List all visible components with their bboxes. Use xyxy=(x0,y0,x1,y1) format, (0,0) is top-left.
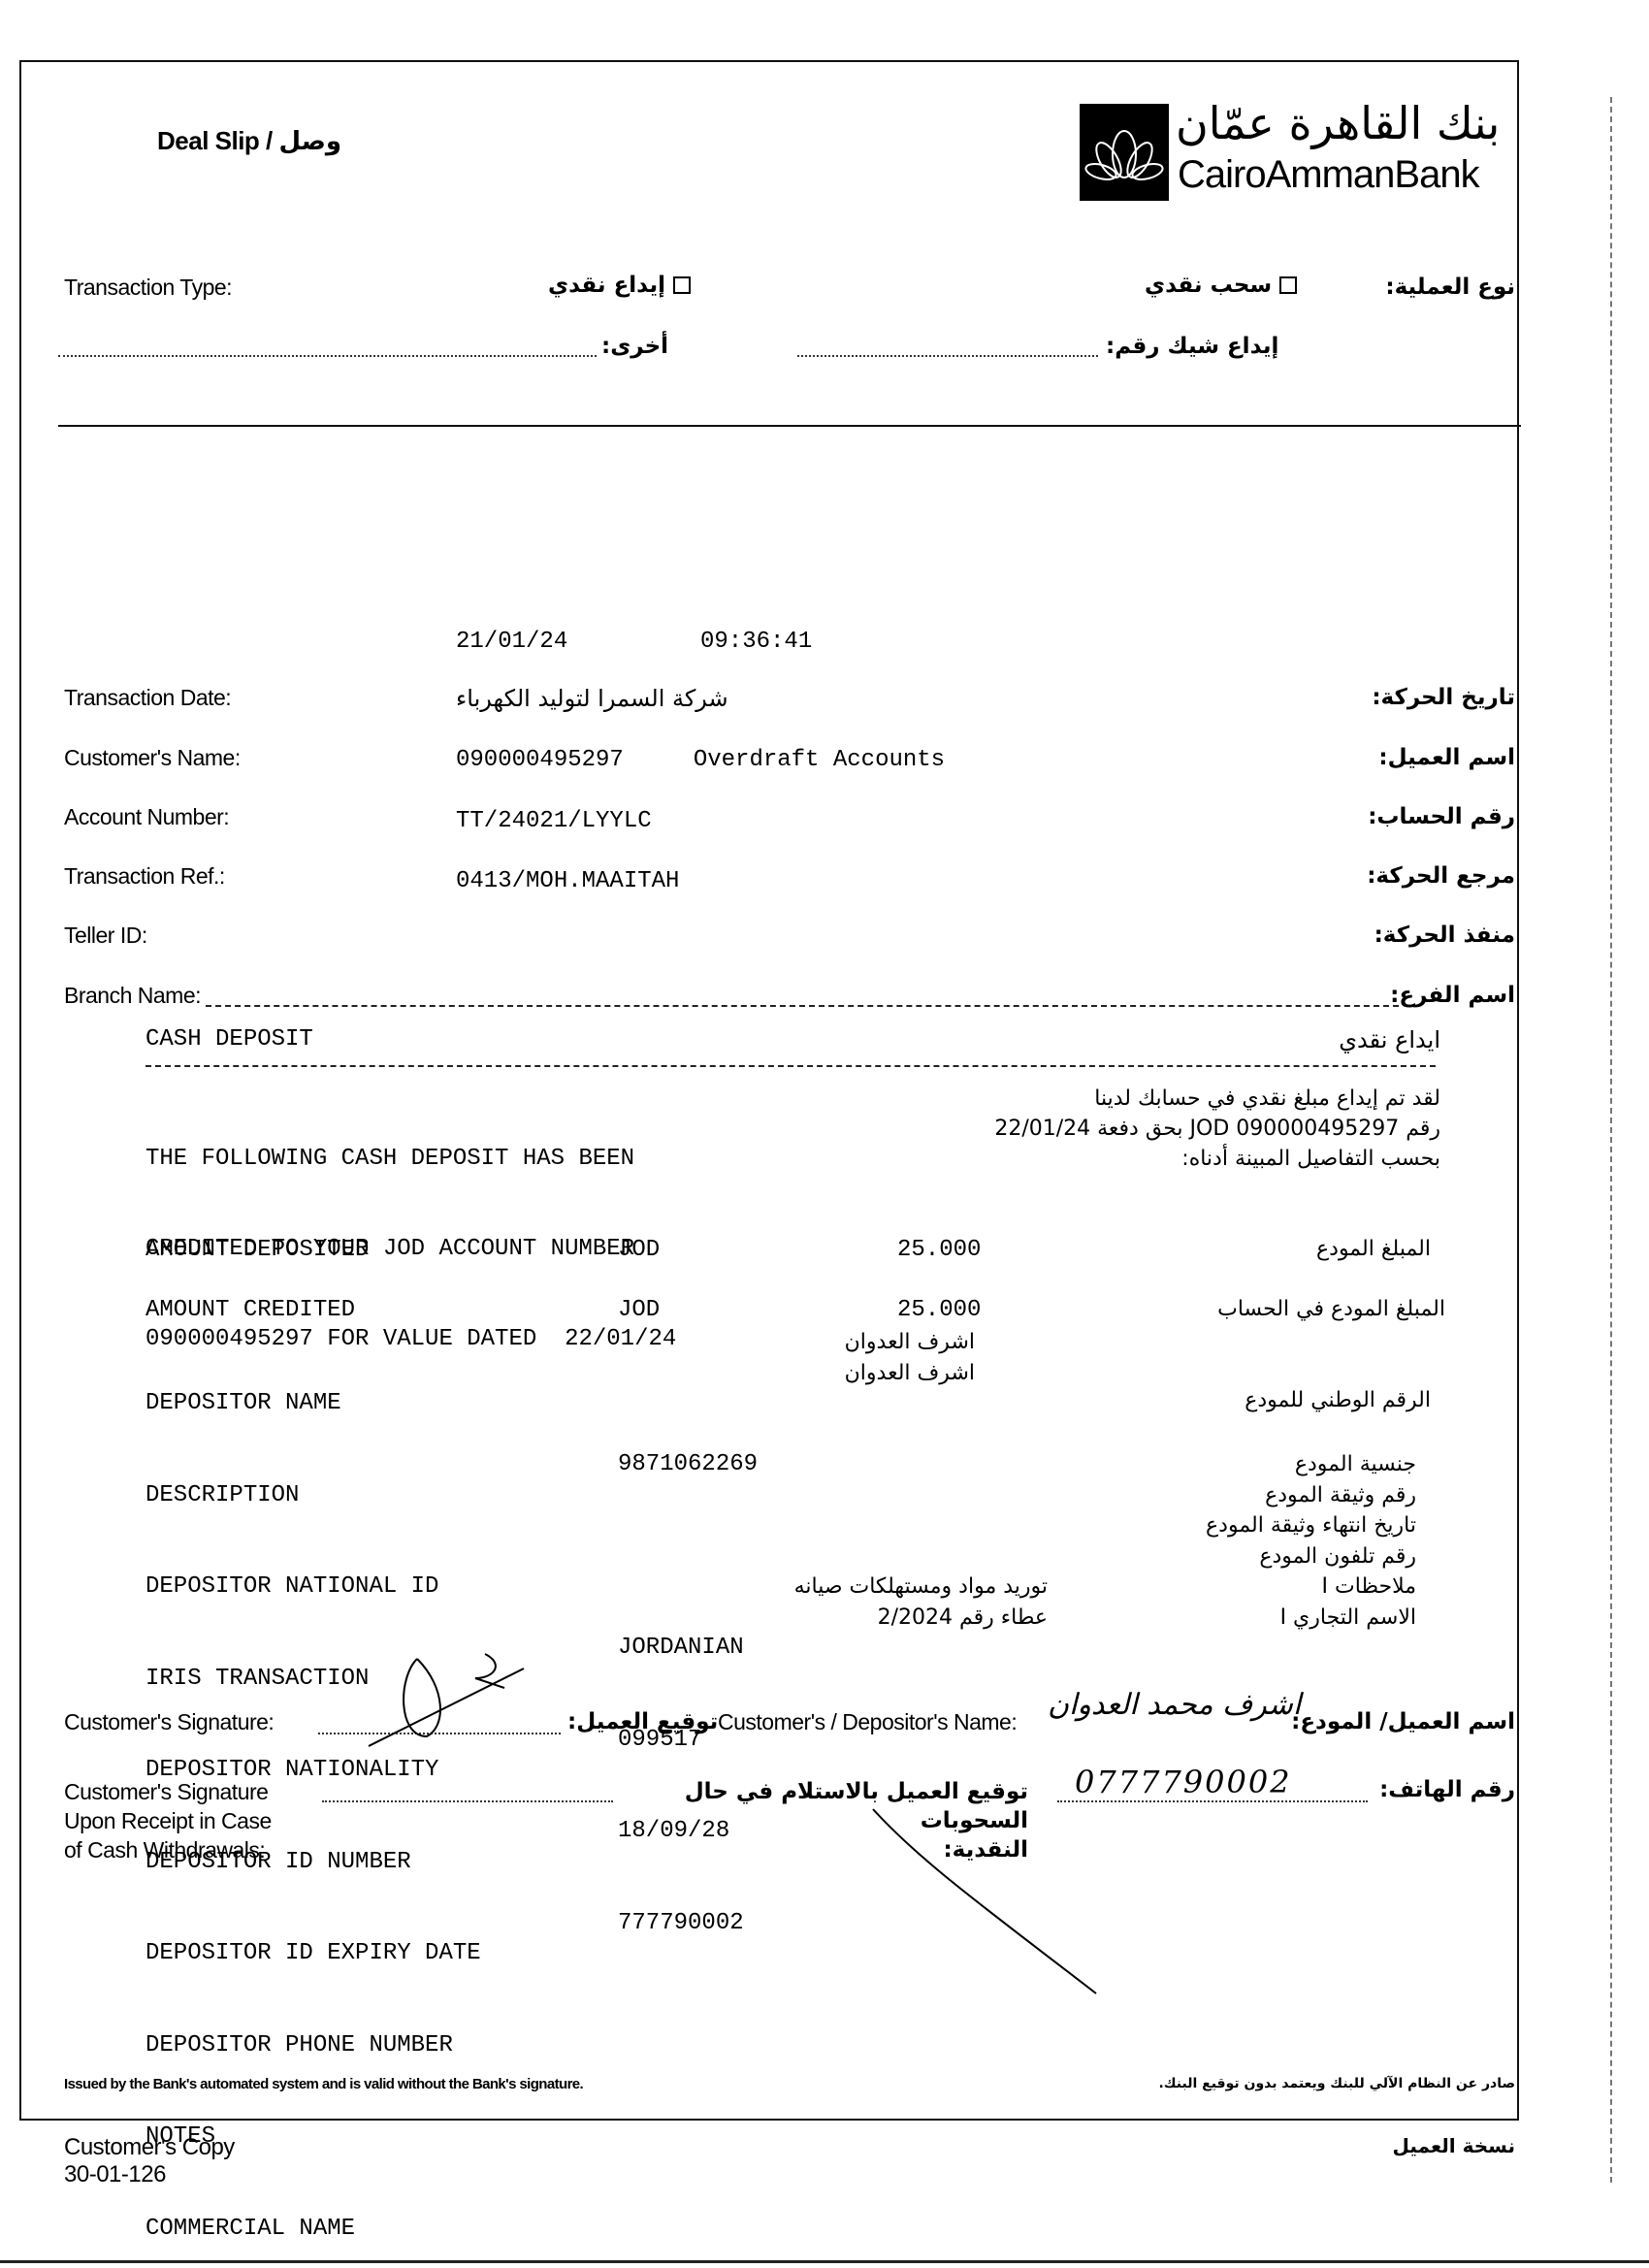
intro-ar-line-3: بحسب التفاصيل المبينة أدناه: xyxy=(994,1144,1440,1174)
customer-name-value: شركة السمرا لتوليد الكهرباء xyxy=(456,685,728,712)
phone-field-line[interactable] xyxy=(1057,1800,1368,1802)
option-cash-withdrawal[interactable]: سحب نقدي xyxy=(1145,273,1297,298)
checkbox-cash-withdrawal[interactable] xyxy=(1279,276,1297,294)
account-number-value: 090000495297 Overdraft Accounts xyxy=(456,747,945,773)
field-label-phone: DEPOSITOR PHONE NUMBER xyxy=(145,2030,481,2061)
checkbox-cash-deposit[interactable] xyxy=(673,276,691,294)
option-cash-withdrawal-label: سحب نقدي xyxy=(1145,273,1272,298)
transaction-type-label-en: Transaction Type: xyxy=(64,275,232,301)
teller-id-label: Teller ID: xyxy=(64,923,147,949)
phone-label-ar: رقم الهاتف: xyxy=(1379,1777,1515,1802)
iris-transaction-value xyxy=(618,1541,758,1572)
teller-id-label-ar: منفذ الحركة: xyxy=(1374,923,1515,948)
cheque-deposit-label: إيداع شيك رقم: xyxy=(1106,334,1278,359)
id-number-label-ar: رقم وثيقة المودع xyxy=(1206,1480,1416,1511)
form-code: 30-01-126 xyxy=(64,2161,235,2188)
withdrawal-signature-line-3: of Cash Withdrawals: xyxy=(64,1835,272,1864)
field-label-commercial-name: COMMERCIAL NAME xyxy=(145,2214,481,2245)
transaction-ref-value: 0413/MOH.MAAITAH xyxy=(456,868,679,894)
depositor-field-values: 9871062269 JORDANIAN 099517 18/09/28 777… xyxy=(618,1388,758,1969)
depositor-name-values: اشرف العدوان اشرف العدوان xyxy=(781,1327,975,1388)
bank-name-ar: بنك القاهرة عمّان xyxy=(1176,97,1515,149)
branch-name-label: Branch Name: xyxy=(64,983,201,1009)
intro-ar-line-1: لقد تم إيداع مبلغ نقدي في حسابك لدينا xyxy=(994,1084,1440,1114)
description-value: اشرف العدوان xyxy=(781,1358,975,1389)
intro-line-1: THE FOLLOWING CASH DEPOSIT HAS BEEN xyxy=(145,1144,676,1174)
slip-title-en: Deal Slip / xyxy=(157,126,273,155)
cheque-number-field-line[interactable] xyxy=(797,355,1098,357)
notes-label-ar: ملاحظات I xyxy=(1206,1571,1416,1603)
section-divider xyxy=(145,1065,1436,1067)
account-number-label-ar: رقم الحساب: xyxy=(1368,804,1515,829)
amount-credited-value: 25.000 xyxy=(897,1297,981,1323)
section-title-ar: ايداع نقدي xyxy=(1339,1026,1440,1053)
amount-deposited-currency: JOD xyxy=(618,1237,660,1263)
amount-credited-label-ar: المبلغ المودع في الحساب xyxy=(1217,1297,1445,1321)
commercial-name-label-ar: الاسم التجاري I xyxy=(1206,1603,1416,1634)
slip-title: Deal Slip / وصل xyxy=(157,126,341,156)
depositor-labels-ar: جنسية المودع رقم وثيقة المودع تاريخ انته… xyxy=(1206,1449,1416,1633)
transaction-date-value: 21/01/24 xyxy=(456,629,567,655)
phone-handwritten: 0777790002 xyxy=(1075,1764,1292,1800)
intro-text-ar: لقد تم إيداع مبلغ نقدي في حسابك لدينا رق… xyxy=(994,1084,1440,1174)
slip-title-ar: وصل xyxy=(279,127,342,156)
nationality-value: JORDANIAN xyxy=(618,1633,758,1664)
phone-number-value: 777790002 xyxy=(618,1908,758,1939)
amount-deposited-label-ar: المبلغ المودع xyxy=(1316,1237,1431,1261)
amount-credited-currency: JOD xyxy=(618,1297,660,1323)
notes-value-block: توريد مواد ومستهلكات صيانه عطاء رقم 2/20… xyxy=(601,1571,1048,1633)
notes-value: توريد مواد ومستهلكات صيانه xyxy=(601,1571,1048,1603)
bank-name-en: CairoAmmanBank xyxy=(1178,153,1479,196)
depositor-name-label-ar: اسم العميل/ المودع: xyxy=(1291,1709,1515,1734)
branch-name-line xyxy=(206,1005,1399,1007)
field-label-national-id: DEPOSITOR NATIONAL ID xyxy=(145,1571,481,1603)
transaction-date-label: Transaction Date: xyxy=(64,685,231,711)
other-label: أخرى: xyxy=(601,334,668,359)
stray-pen-stroke xyxy=(854,1804,1106,1998)
customer-name-label: Customer's Name: xyxy=(64,745,241,771)
scan-edge-line xyxy=(1610,97,1612,2183)
national-id-label-ar: الرقم الوطني للمودع xyxy=(1245,1388,1431,1412)
id-expiry-label-ar: تاريخ انتهاء وثيقة المودع xyxy=(1206,1510,1416,1541)
customer-signature-label-ar: توقيع العميل: xyxy=(567,1709,718,1734)
account-type-ref-value: TT/24021/LYYLC xyxy=(456,808,652,834)
field-label-depositor-name: DEPOSITOR NAME xyxy=(145,1388,481,1419)
transaction-ref-label: Transaction Ref.: xyxy=(64,863,225,890)
option-cash-deposit-label: إيداع نقدي xyxy=(548,273,665,298)
withdrawal-signature-line-2: Upon Receipt in Case xyxy=(64,1806,272,1835)
customer-copy-label: Customer's Copy xyxy=(64,2134,235,2161)
field-label-description: DESCRIPTION xyxy=(145,1480,481,1511)
section-title-en: CASH DEPOSIT xyxy=(145,1026,313,1053)
transaction-time-value: 09:36:41 xyxy=(700,629,812,655)
customer-signature-label: Customer's Signature: xyxy=(64,1709,274,1735)
depositor-name-value: اشرف العدوان xyxy=(781,1327,975,1358)
header-divider xyxy=(58,425,1521,427)
field-label-id-expiry: DEPOSITOR ID EXPIRY DATE xyxy=(145,1938,481,1969)
bank-logo-icon xyxy=(1080,104,1169,201)
branch-name-label-ar: اسم الفرع: xyxy=(1390,983,1515,1008)
transaction-type-label-ar: نوع العملية: xyxy=(1385,275,1515,300)
commercial-name-value: عطاء رقم 2/2024 xyxy=(795,1603,1048,1634)
depositor-name-handwritten: اشرف محمد العدوان xyxy=(1048,1688,1301,1722)
withdrawal-signature-line[interactable] xyxy=(322,1800,613,1802)
lotus-flower-icon xyxy=(1080,104,1169,201)
amount-deposited-label: AMOUNT DEPOSITED xyxy=(145,1237,369,1263)
withdrawal-signature-label: Customer's Signature Upon Receipt in Cas… xyxy=(64,1777,272,1864)
national-id-value: 9871062269 xyxy=(618,1449,758,1480)
account-number-label: Account Number: xyxy=(64,804,229,830)
copy-info: Customer's Copy 30-01-126 xyxy=(64,2134,235,2188)
option-cash-deposit[interactable]: إيداع نقدي xyxy=(548,273,691,298)
customer-copy-label-ar: نسخة العميل xyxy=(1393,2134,1515,2157)
depositor-name-label: Customer's / Depositor's Name: xyxy=(718,1709,1017,1735)
disclaimer-en: Issued by the Bank's automated system an… xyxy=(64,2076,583,2092)
intro-ar-line-2: رقم JOD 090000495297 بحق دفعة 22/01/24 xyxy=(994,1114,1440,1144)
amount-deposited-value: 25.000 xyxy=(897,1237,981,1263)
customer-signature-scribble xyxy=(359,1649,533,1756)
withdrawal-signature-line-1: Customer's Signature xyxy=(64,1777,272,1806)
phone-label-ar: رقم تلفون المودع xyxy=(1206,1541,1416,1572)
disclaimer-ar: صادر عن النظام الآلي للبنك ويعتمد بدون ت… xyxy=(1158,2076,1515,2091)
other-field-line[interactable] xyxy=(58,355,597,357)
transaction-date-label-ar: تاريخ الحركة: xyxy=(1372,685,1515,710)
amount-credited-label: AMOUNT CREDITED xyxy=(145,1297,355,1323)
transaction-ref-label-ar: مرجع الحركة: xyxy=(1367,863,1515,889)
nationality-label-ar: جنسية المودع xyxy=(1206,1449,1416,1480)
customer-name-label-ar: اسم العميل: xyxy=(1378,745,1515,770)
